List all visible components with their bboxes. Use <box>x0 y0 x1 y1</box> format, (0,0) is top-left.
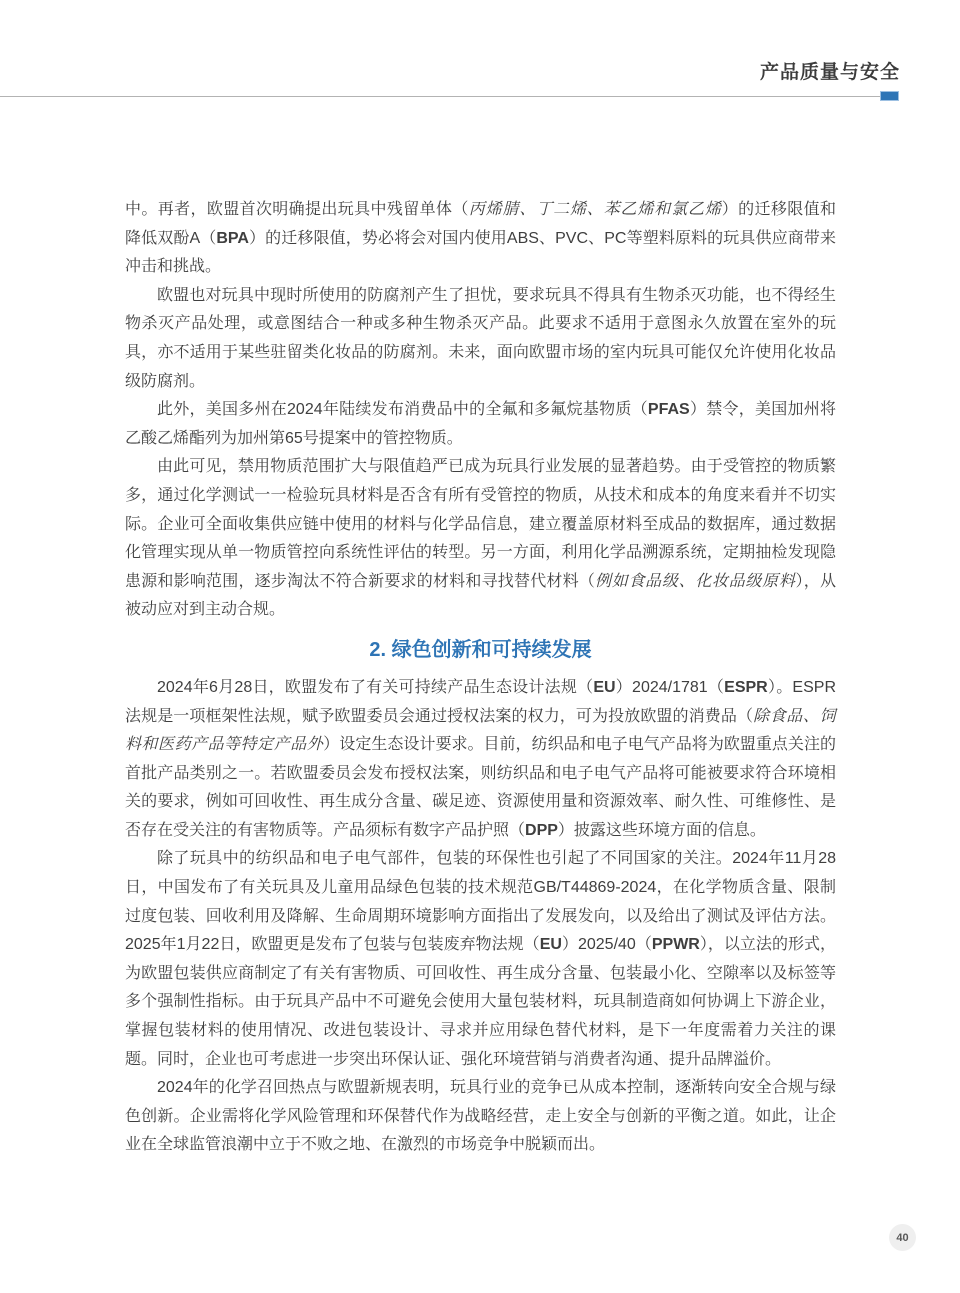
document-page: 产品质量与安全 中。再者，欧盟首次明确提出玩具中残留单体（丙烯腈、丁二烯、苯乙烯… <box>0 0 960 1293</box>
body-paragraph: 由此可见，禁用物质范围扩大与限值趋严已成为玩具行业发展的显著趋势。由于受管控的物… <box>125 453 836 625</box>
body-paragraph: 中。再者，欧盟首次明确提出玩具中残留单体（丙烯腈、丁二烯、苯乙烯和氯乙烯）的迁移… <box>125 196 836 282</box>
page-header-title: 产品质量与安全 <box>760 57 900 84</box>
body-paragraph: 此外，美国多州在2024年陆续发布消费品中的全氟和多氟烷基物质（PFAS）禁令，… <box>125 396 836 453</box>
document-body: 中。再者，欧盟首次明确提出玩具中残留单体（丙烯腈、丁二烯、苯乙烯和氯乙烯）的迁移… <box>125 196 836 1160</box>
body-paragraph: 欧盟也对玩具中现时所使用的防腐剂产生了担忧，要求玩具不得具有生物杀灭功能，也不得… <box>125 282 836 396</box>
body-paragraph: 除了玩具中的纺织品和电子电气部件，包装的环保性也引起了不同国家的关注。2024年… <box>125 845 836 1074</box>
header-rule <box>0 96 882 97</box>
body-paragraph: 2024年的化学召回热点与欧盟新规表明，玩具行业的竞争已从成本控制，逐渐转向安全… <box>125 1074 836 1160</box>
page-number-badge: 40 <box>889 1224 916 1251</box>
page-number: 40 <box>896 1232 908 1244</box>
body-paragraph: 2024年6月28日，欧盟发布了有关可持续产品生态设计法规（EU）2024/17… <box>125 674 836 846</box>
header-accent-square <box>881 92 898 100</box>
section-heading: 2. 绿色创新和可持续发展 <box>125 635 836 665</box>
